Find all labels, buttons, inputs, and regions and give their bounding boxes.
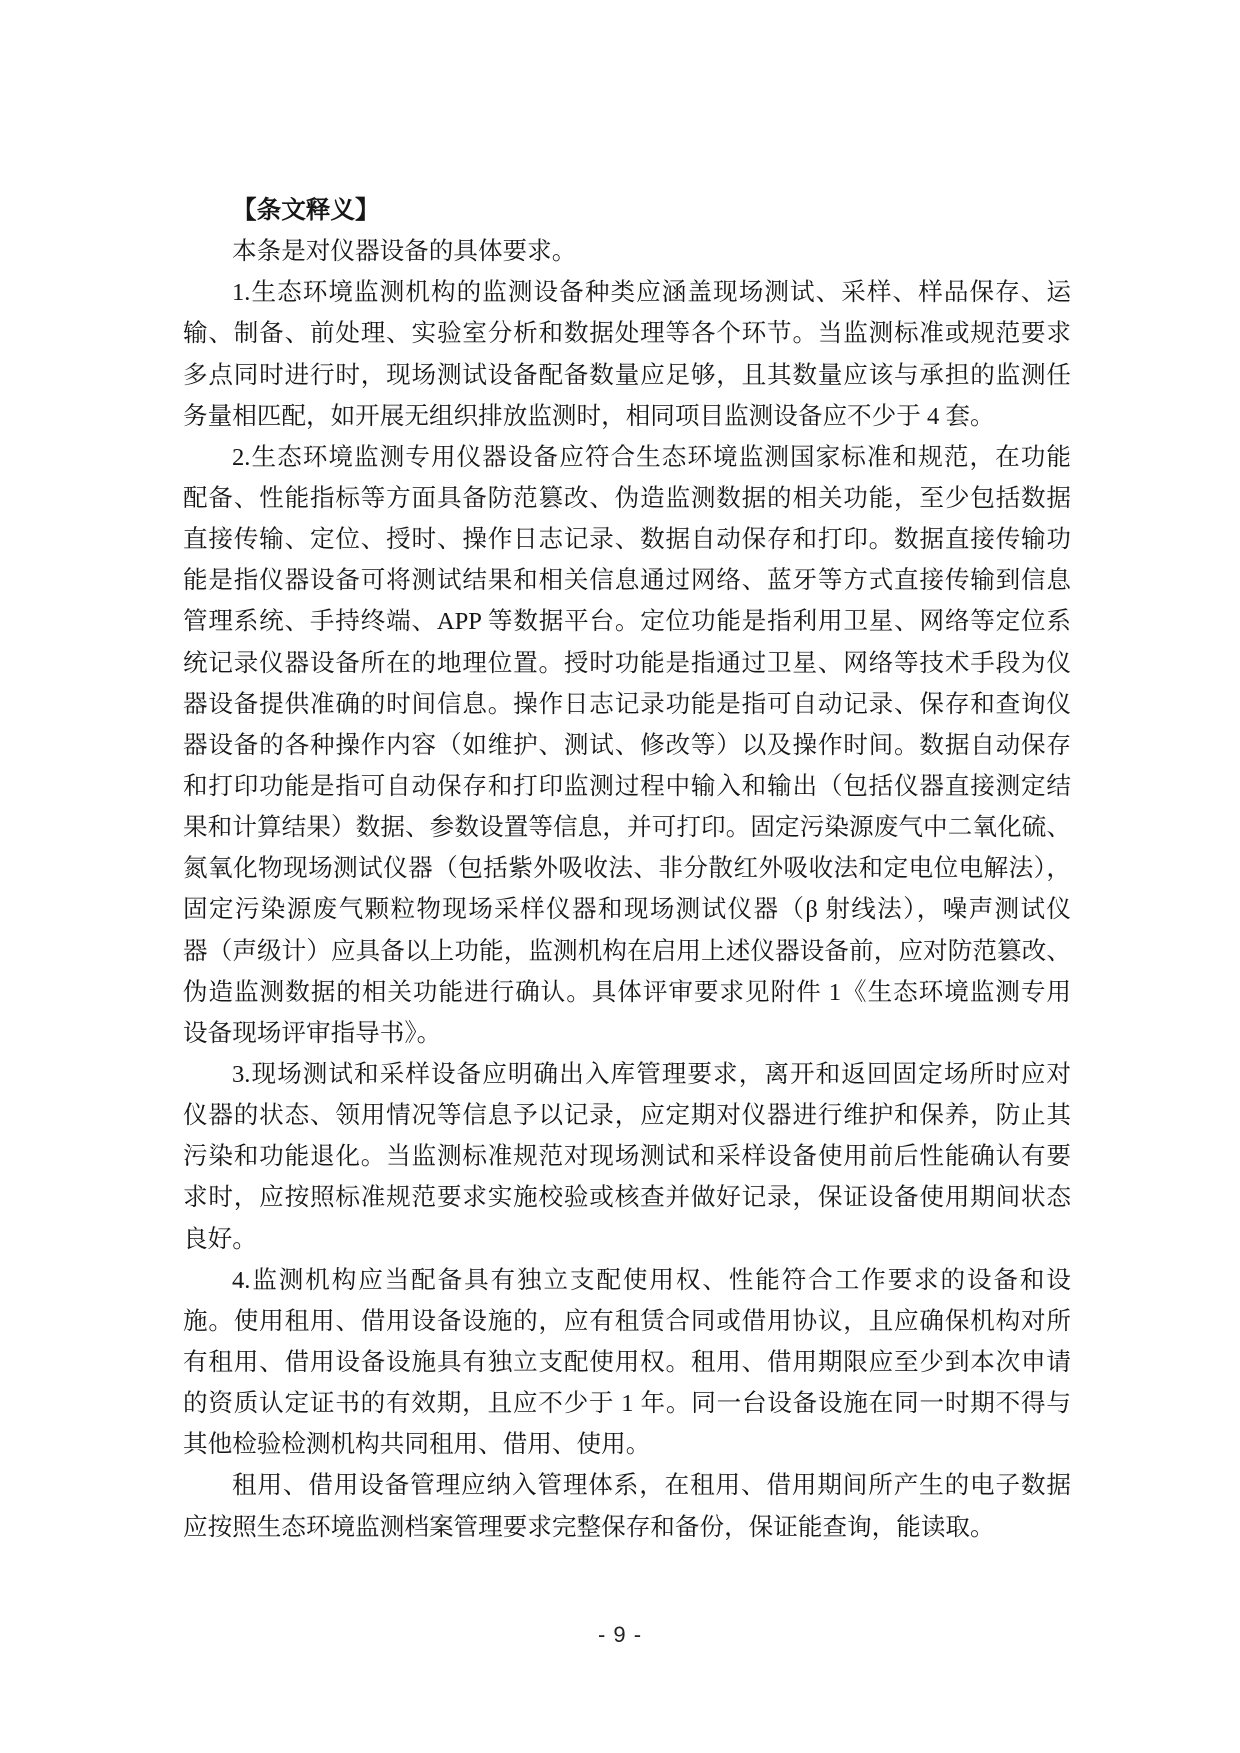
text-line: 应按照生态环境监测档案管理要求完整保存和备份，保证能查询，能读取。 — [183, 1507, 1071, 1548]
text-line: 输、制备、前处理、实验室分析和数据处理等各个环节。当监测标准或规范要求 — [183, 313, 1071, 354]
text-line: 其他检验检测机构共同租用、借用、使用。 — [183, 1424, 1071, 1465]
paragraph: 3.现场测试和采样设备应明确出入库管理要求，离开和返回固定场所时应对仪器的状态、… — [183, 1054, 1071, 1260]
section-heading: 【条文释义】 — [183, 190, 1071, 231]
text-line: 多点同时进行时，现场测试设备配备数量应足够，且其数量应该与承担的监测任 — [183, 355, 1071, 396]
text-line: 务量相匹配，如开展无组织排放监测时，相同项目监测设备应不少于 4 套。 — [183, 396, 1071, 437]
text-line: 器设备提供准确的时间信息。操作日志记录功能是指可自动记录、保存和查询仪 — [183, 684, 1071, 725]
document-body: 【条文释义】本条是对仪器设备的具体要求。1.生态环境监测机构的监测设备种类应涵盖… — [183, 190, 1071, 1548]
text-line: 固定污染源废气颗粒物现场采样仪器和现场测试仪器（β 射线法），噪声测试仪 — [183, 889, 1071, 930]
text-line: 的资质认定证书的有效期，且应不少于 1 年。同一台设备设施在同一时期不得与 — [183, 1383, 1071, 1424]
text-line: 直接传输、定位、授时、操作日志记录、数据自动保存和打印。数据直接传输功 — [183, 519, 1071, 560]
paragraph: 本条是对仪器设备的具体要求。 — [183, 231, 1071, 272]
text-line: 2.生态环境监测专用仪器设备应符合生态环境监测国家标准和规范，在功能 — [183, 437, 1071, 478]
text-line: 果和计算结果）数据、参数设置等信息，并可打印。固定污染源废气中二氧化硫、 — [183, 807, 1071, 848]
text-line: 仪器的状态、领用情况等信息予以记录，应定期对仪器进行维护和保养，防止其 — [183, 1095, 1071, 1136]
text-line: 施。使用租用、借用设备设施的，应有租赁合同或借用协议，且应确保机构对所 — [183, 1301, 1071, 1342]
text-line: 3.现场测试和采样设备应明确出入库管理要求，离开和返回固定场所时应对 — [183, 1054, 1071, 1095]
text-line: 污染和功能退化。当监测标准规范对现场测试和采样设备使用前后性能确认有要 — [183, 1136, 1071, 1177]
text-line: 器设备的各种操作内容（如维护、测试、修改等）以及操作时间。数据自动保存 — [183, 725, 1071, 766]
paragraph: 2.生态环境监测专用仪器设备应符合生态环境监测国家标准和规范，在功能配备、性能指… — [183, 437, 1071, 1054]
text-line: 配备、性能指标等方面具备防范篡改、伪造监测数据的相关功能，至少包括数据 — [183, 478, 1071, 519]
paragraph: 1.生态环境监测机构的监测设备种类应涵盖现场测试、采样、样品保存、运输、制备、前… — [183, 272, 1071, 437]
text-line: 1.生态环境监测机构的监测设备种类应涵盖现场测试、采样、样品保存、运 — [183, 272, 1071, 313]
text-line: 设备现场评审指导书》。 — [183, 1013, 1071, 1054]
text-line: 器（声级计）应具备以上功能，监测机构在启用上述仪器设备前，应对防范篡改、 — [183, 931, 1071, 972]
paragraph: 4.监测机构应当配备具有独立支配使用权、性能符合工作要求的设备和设施。使用租用、… — [183, 1260, 1071, 1466]
text-line: 求时，应按照标准规范要求实施校验或核查并做好记录，保证设备使用期间状态 — [183, 1177, 1071, 1218]
text-line: 统记录仪器设备所在的地理位置。授时功能是指通过卫星、网络等技术手段为仪 — [183, 643, 1071, 684]
text-line: 良好。 — [183, 1219, 1071, 1260]
document-page: 【条文释义】本条是对仪器设备的具体要求。1.生态环境监测机构的监测设备种类应涵盖… — [0, 0, 1240, 1753]
text-line: 伪造监测数据的相关功能进行确认。具体评审要求见附件 1《生态环境监测专用 — [183, 972, 1071, 1013]
text-line: 氮氧化物现场测试仪器（包括紫外吸收法、非分散红外吸收法和定电位电解法）， — [183, 848, 1071, 889]
text-line: 本条是对仪器设备的具体要求。 — [183, 231, 1071, 272]
page-number: - 9 - — [0, 1622, 1240, 1648]
text-line: 和打印功能是指可自动保存和打印监测过程中输入和输出（包括仪器直接测定结 — [183, 766, 1071, 807]
text-line: 有租用、借用设备设施具有独立支配使用权。租用、借用期限应至少到本次申请 — [183, 1342, 1071, 1383]
text-line: 能是指仪器设备可将测试结果和相关信息通过网络、蓝牙等方式直接传输到信息 — [183, 560, 1071, 601]
text-line: 【条文释义】 — [183, 190, 1071, 231]
text-line: 4.监测机构应当配备具有独立支配使用权、性能符合工作要求的设备和设 — [183, 1260, 1071, 1301]
paragraph: 租用、借用设备管理应纳入管理体系，在租用、借用期间所产生的电子数据应按照生态环境… — [183, 1465, 1071, 1547]
text-line: 管理系统、手持终端、APP 等数据平台。定位功能是指利用卫星、网络等定位系 — [183, 601, 1071, 642]
text-line: 租用、借用设备管理应纳入管理体系，在租用、借用期间所产生的电子数据 — [183, 1465, 1071, 1506]
